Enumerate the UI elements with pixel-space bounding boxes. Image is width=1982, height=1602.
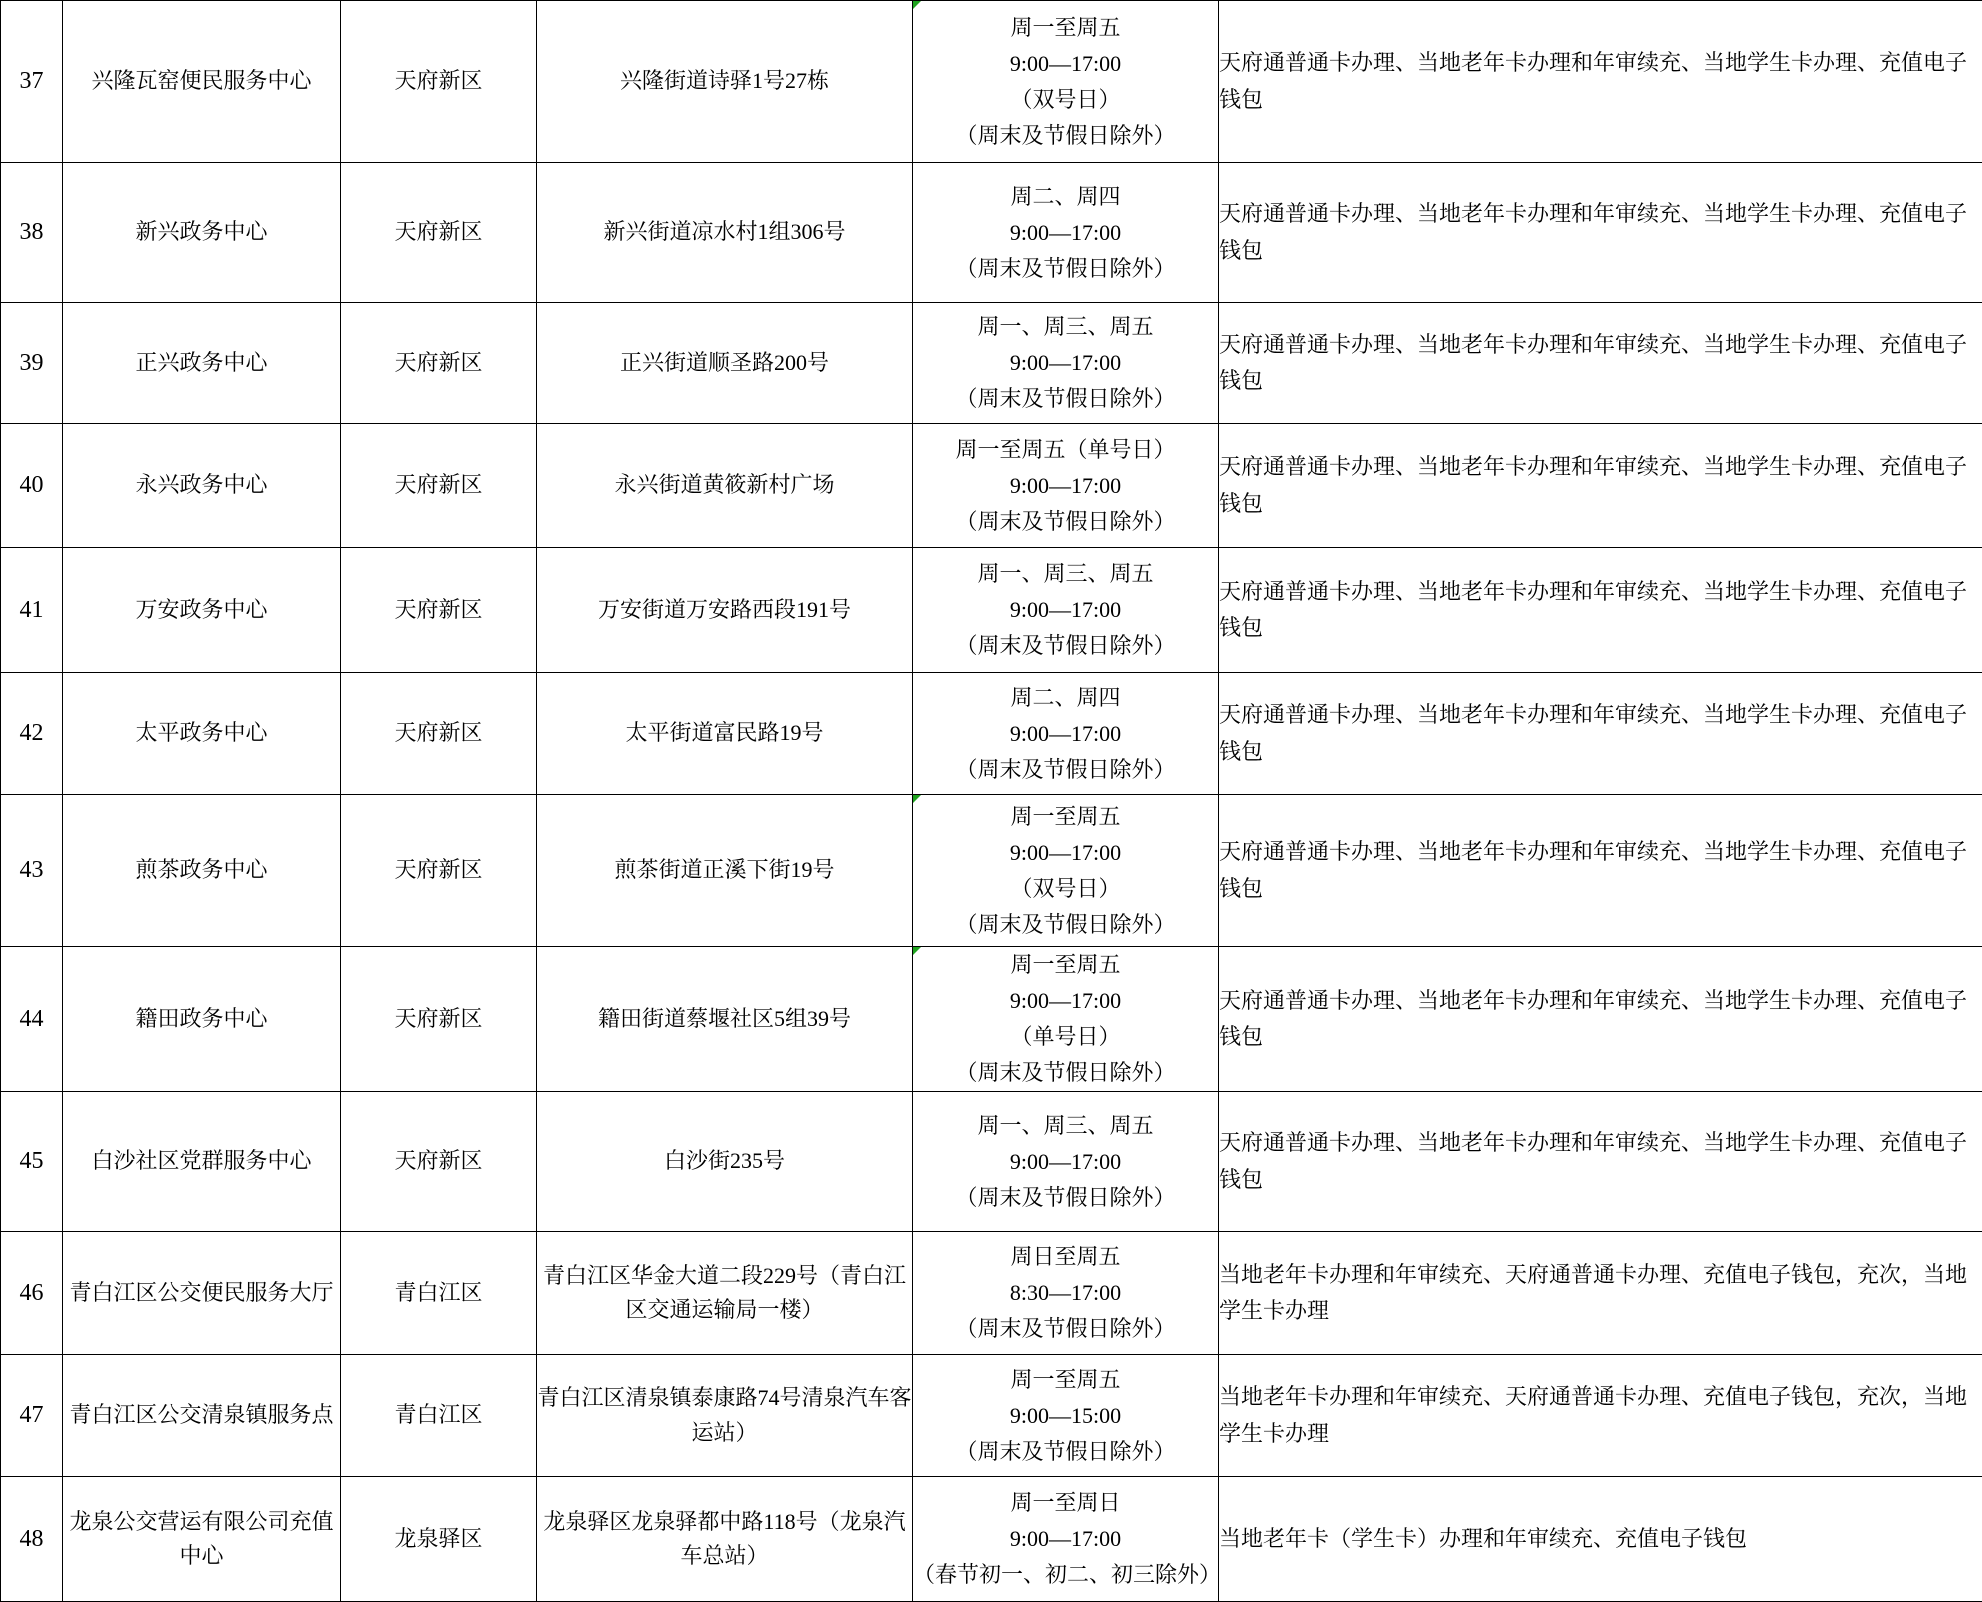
hours-line: 周一至周五 (913, 799, 1218, 835)
cell-address: 青白江区华金大道二段229号（青白江区交通运输局一楼） (537, 1232, 913, 1355)
cell-row-number: 46 (1, 1232, 63, 1355)
cell-services-offered: 天府通普通卡办理、当地老年卡办理和年审续充、当地学生卡办理、充值电子钱包 (1219, 1, 1982, 163)
cell-row-number: 48 (1, 1477, 63, 1602)
hours-line: （周末及节假日除外） (913, 628, 1218, 664)
hours-line: 周一、周三、周五 (913, 1108, 1218, 1144)
cell-comment-marker-icon (913, 947, 921, 955)
cell-address: 兴隆街道诗驿1号27栋 (537, 1, 913, 163)
cell-district: 天府新区 (341, 424, 537, 548)
hours-line: 周一至周日 (913, 1485, 1218, 1521)
table-row: 38新兴政务中心天府新区新兴街道凉水村1组306号周二、周四9:00—17:00… (1, 163, 1982, 303)
table-row: 45白沙社区党群服务中心天府新区白沙街235号周一、周三、周五9:00—17:0… (1, 1092, 1982, 1232)
hours-line: （周末及节假日除外） (913, 1180, 1218, 1216)
hours-line: 8:30—17:00 (913, 1275, 1218, 1311)
cell-center-name: 正兴政务中心 (63, 303, 341, 424)
cell-district: 天府新区 (341, 795, 537, 947)
table-row: 41万安政务中心天府新区万安街道万安路西段191号周一、周三、周五9:00—17… (1, 548, 1982, 673)
table-row: 47青白江区公交清泉镇服务点青白江区青白江区清泉镇泰康路74号清泉汽车客运站）周… (1, 1355, 1982, 1477)
hours-line: （周末及节假日除外） (913, 752, 1218, 788)
hours-line: 周二、周四 (913, 179, 1218, 215)
hours-line: 9:00—17:00 (913, 1144, 1218, 1180)
cell-service-hours: 周一至周五9:00—17:00（双号日）（周末及节假日除外） (913, 795, 1219, 947)
hours-line: （周末及节假日除外） (913, 251, 1218, 287)
hours-line: 周一至周五 (913, 1362, 1218, 1398)
cell-services-offered: 当地老年卡（学生卡）办理和年审续充、充值电子钱包 (1219, 1477, 1982, 1602)
hours-line: （周末及节假日除外） (913, 1311, 1218, 1347)
cell-service-hours: 周一至周五9:00—17:00（双号日）（周末及节假日除外） (913, 1, 1219, 163)
hours-line: （周末及节假日除外） (913, 381, 1218, 417)
cell-center-name: 新兴政务中心 (63, 163, 341, 303)
hours-line: 9:00—17:00 (913, 345, 1218, 381)
cell-district: 青白江区 (341, 1355, 537, 1477)
table-row: 43煎茶政务中心天府新区煎茶街道正溪下街19号周一至周五9:00—17:00（双… (1, 795, 1982, 947)
hours-line: 周一、周三、周五 (913, 556, 1218, 592)
table-row: 37兴隆瓦窑便民服务中心天府新区兴隆街道诗驿1号27栋周一至周五9:00—17:… (1, 1, 1982, 163)
cell-row-number: 44 (1, 947, 63, 1092)
hours-line: 9:00—17:00 (913, 215, 1218, 251)
table-row: 46青白江区公交便民服务大厅青白江区青白江区华金大道二段229号（青白江区交通运… (1, 1232, 1982, 1355)
hours-line: （春节初一、初二、初三除外） (913, 1557, 1218, 1593)
cell-address: 白沙街235号 (537, 1092, 913, 1232)
hours-line: 9:00—17:00 (913, 983, 1218, 1019)
cell-center-name: 永兴政务中心 (63, 424, 341, 548)
cell-center-name: 青白江区公交清泉镇服务点 (63, 1355, 341, 1477)
cell-row-number: 45 (1, 1092, 63, 1232)
cell-row-number: 39 (1, 303, 63, 424)
cell-district: 天府新区 (341, 548, 537, 673)
cell-district: 天府新区 (341, 947, 537, 1092)
cell-address: 永兴街道黄筱新村广场 (537, 424, 913, 548)
cell-services-offered: 天府通普通卡办理、当地老年卡办理和年审续充、当地学生卡办理、充值电子钱包 (1219, 673, 1982, 795)
cell-row-number: 37 (1, 1, 63, 163)
hours-line: 周二、周四 (913, 680, 1218, 716)
cell-row-number: 43 (1, 795, 63, 947)
cell-row-number: 40 (1, 424, 63, 548)
cell-district: 天府新区 (341, 303, 537, 424)
cell-center-name: 籍田政务中心 (63, 947, 341, 1092)
hours-line: （周末及节假日除外） (913, 907, 1218, 943)
table-body: 37兴隆瓦窑便民服务中心天府新区兴隆街道诗驿1号27栋周一至周五9:00—17:… (1, 1, 1982, 1602)
cell-services-offered: 天府通普通卡办理、当地老年卡办理和年审续充、当地学生卡办理、充值电子钱包 (1219, 163, 1982, 303)
cell-center-name: 青白江区公交便民服务大厅 (63, 1232, 341, 1355)
cell-center-name: 白沙社区党群服务中心 (63, 1092, 341, 1232)
cell-district: 青白江区 (341, 1232, 537, 1355)
cell-service-hours: 周二、周四9:00—17:00（周末及节假日除外） (913, 673, 1219, 795)
cell-service-hours: 周一至周五9:00—15:00（周末及节假日除外） (913, 1355, 1219, 1477)
cell-row-number: 47 (1, 1355, 63, 1477)
hours-line: （周末及节假日除外） (913, 1055, 1218, 1091)
hours-line: 周一至周五 (913, 947, 1218, 983)
table-row: 42太平政务中心天府新区太平街道富民路19号周二、周四9:00—17:00（周末… (1, 673, 1982, 795)
cell-address: 籍田街道蔡堰社区5组39号 (537, 947, 913, 1092)
cell-center-name: 万安政务中心 (63, 548, 341, 673)
cell-address: 煎茶街道正溪下街19号 (537, 795, 913, 947)
hours-line: 周一至周五（单号日） (913, 432, 1218, 468)
cell-center-name: 兴隆瓦窑便民服务中心 (63, 1, 341, 163)
cell-services-offered: 天府通普通卡办理、当地老年卡办理和年审续充、当地学生卡办理、充值电子钱包 (1219, 947, 1982, 1092)
cell-services-offered: 天府通普通卡办理、当地老年卡办理和年审续充、当地学生卡办理、充值电子钱包 (1219, 303, 1982, 424)
cell-service-hours: 周一、周三、周五9:00—17:00（周末及节假日除外） (913, 1092, 1219, 1232)
hours-line: 9:00—17:00 (913, 835, 1218, 871)
cell-district: 天府新区 (341, 1092, 537, 1232)
hours-line: 9:00—17:00 (913, 592, 1218, 628)
service-centers-table: 37兴隆瓦窑便民服务中心天府新区兴隆街道诗驿1号27栋周一至周五9:00—17:… (0, 0, 1982, 1602)
hours-line: （单号日） (913, 1019, 1218, 1055)
table-row: 39正兴政务中心天府新区正兴街道顺圣路200号周一、周三、周五9:00—17:0… (1, 303, 1982, 424)
cell-row-number: 38 (1, 163, 63, 303)
cell-comment-marker-icon (913, 1, 921, 9)
hours-line: 9:00—15:00 (913, 1398, 1218, 1434)
cell-row-number: 42 (1, 673, 63, 795)
hours-line: （双号日） (913, 871, 1218, 907)
cell-services-offered: 天府通普通卡办理、当地老年卡办理和年审续充、当地学生卡办理、充值电子钱包 (1219, 424, 1982, 548)
cell-services-offered: 天府通普通卡办理、当地老年卡办理和年审续充、当地学生卡办理、充值电子钱包 (1219, 795, 1982, 947)
cell-address: 新兴街道凉水村1组306号 (537, 163, 913, 303)
hours-line: （双号日） (913, 82, 1218, 118)
cell-services-offered: 天府通普通卡办理、当地老年卡办理和年审续充、当地学生卡办理、充值电子钱包 (1219, 1092, 1982, 1232)
hours-line: （周末及节假日除外） (913, 504, 1218, 540)
hours-line: 9:00—17:00 (913, 716, 1218, 752)
hours-line: 9:00—17:00 (913, 1521, 1218, 1557)
table-row: 44籍田政务中心天府新区籍田街道蔡堰社区5组39号周一至周五9:00—17:00… (1, 947, 1982, 1092)
cell-district: 天府新区 (341, 1, 537, 163)
cell-address: 龙泉驿区龙泉驿都中路118号（龙泉汽车总站） (537, 1477, 913, 1602)
cell-service-hours: 周一、周三、周五9:00—17:00（周末及节假日除外） (913, 548, 1219, 673)
cell-center-name: 煎茶政务中心 (63, 795, 341, 947)
cell-district: 天府新区 (341, 163, 537, 303)
cell-address: 青白江区清泉镇泰康路74号清泉汽车客运站） (537, 1355, 913, 1477)
cell-service-hours: 周一至周五（单号日）9:00—17:00（周末及节假日除外） (913, 424, 1219, 548)
hours-line: 9:00—17:00 (913, 46, 1218, 82)
cell-services-offered: 天府通普通卡办理、当地老年卡办理和年审续充、当地学生卡办理、充值电子钱包 (1219, 548, 1982, 673)
hours-line: 周一至周五 (913, 10, 1218, 46)
hours-line: （周末及节假日除外） (913, 1434, 1218, 1470)
table-row: 48龙泉公交营运有限公司充值中心龙泉驿区龙泉驿区龙泉驿都中路118号（龙泉汽车总… (1, 1477, 1982, 1602)
hours-line: 周日至周五 (913, 1239, 1218, 1275)
table-row: 40永兴政务中心天府新区永兴街道黄筱新村广场周一至周五（单号日）9:00—17:… (1, 424, 1982, 548)
hours-line: 9:00—17:00 (913, 468, 1218, 504)
cell-service-hours: 周一、周三、周五9:00—17:00（周末及节假日除外） (913, 303, 1219, 424)
service-centers-table-sheet: 37兴隆瓦窑便民服务中心天府新区兴隆街道诗驿1号27栋周一至周五9:00—17:… (0, 0, 1982, 1595)
cell-service-hours: 周日至周五8:30—17:00（周末及节假日除外） (913, 1232, 1219, 1355)
cell-address: 正兴街道顺圣路200号 (537, 303, 913, 424)
cell-services-offered: 当地老年卡办理和年审续充、天府通普通卡办理、充值电子钱包，充次，当地学生卡办理 (1219, 1232, 1982, 1355)
cell-comment-marker-icon (913, 795, 921, 803)
cell-district: 天府新区 (341, 673, 537, 795)
cell-service-hours: 周二、周四9:00—17:00（周末及节假日除外） (913, 163, 1219, 303)
cell-address: 万安街道万安路西段191号 (537, 548, 913, 673)
cell-row-number: 41 (1, 548, 63, 673)
cell-district: 龙泉驿区 (341, 1477, 537, 1602)
cell-service-hours: 周一至周日9:00—17:00（春节初一、初二、初三除外） (913, 1477, 1219, 1602)
cell-service-hours: 周一至周五9:00—17:00（单号日）（周末及节假日除外） (913, 947, 1219, 1092)
cell-center-name: 龙泉公交营运有限公司充值中心 (63, 1477, 341, 1602)
cell-center-name: 太平政务中心 (63, 673, 341, 795)
cell-address: 太平街道富民路19号 (537, 673, 913, 795)
cell-services-offered: 当地老年卡办理和年审续充、天府通普通卡办理、充值电子钱包，充次，当地学生卡办理 (1219, 1355, 1982, 1477)
hours-line: 周一、周三、周五 (913, 309, 1218, 345)
hours-line: （周末及节假日除外） (913, 118, 1218, 154)
